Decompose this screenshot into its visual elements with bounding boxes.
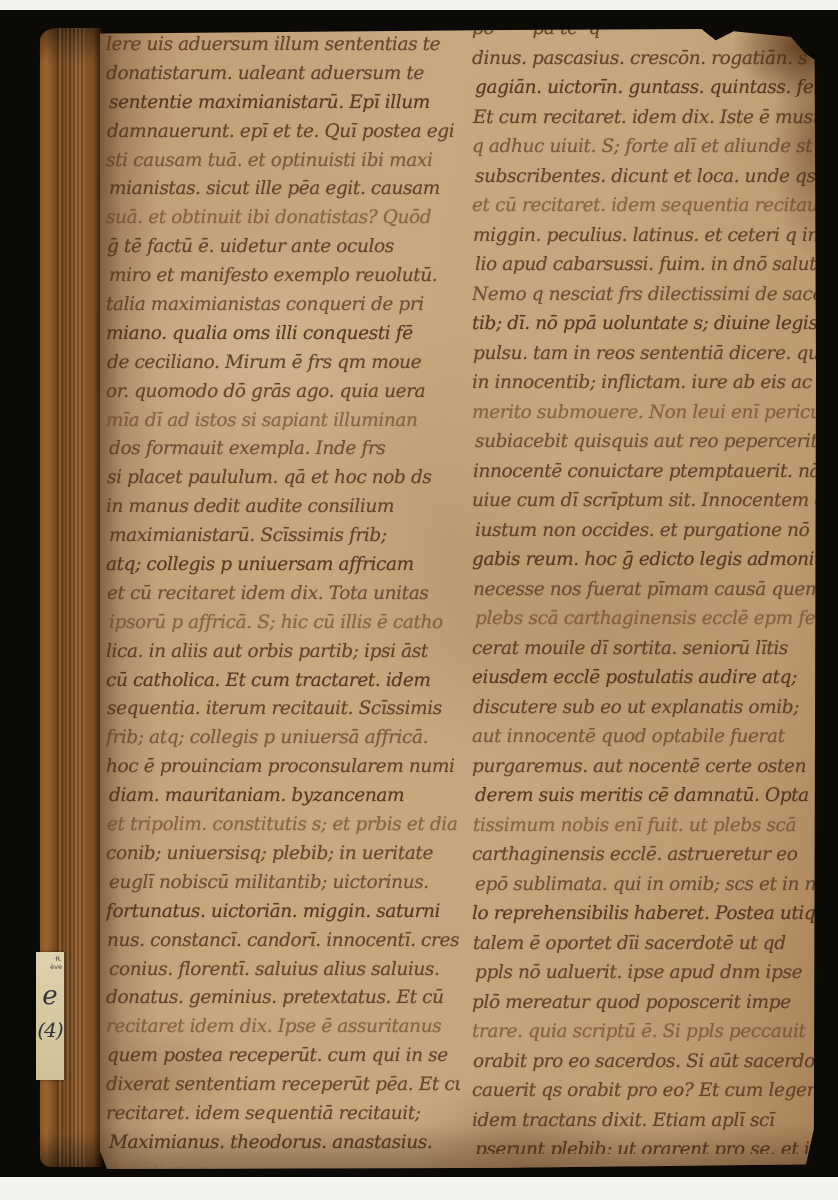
manuscript-line: ḡ tē factū ē. uidetur ante oculos [106,233,460,262]
manuscript-line: miro et manifesto exemplo reuolutū. [106,262,460,291]
manuscript-line: lio apud cabarsussi. fuim. in dnō salute… [472,250,816,280]
manuscript-line: lere uis aduersum illum sententias te [106,31,460,60]
manuscript-line: suā. et obtinuit ibi donatistas? Quōd [106,204,460,233]
manuscript-scan-photo: ·R.ève e(4) lere uis aduersum illum sent… [0,0,838,1200]
manuscript-line: damnauerunt. epī et te. Quī postea egi [106,118,460,147]
manuscript-line: nus. constancī. candorī. innocentī. cres [106,927,460,956]
manuscript-line: sententie maximianistarū. Epī illum [106,89,460,118]
shelfmark-printed-text: ·R.ève [36,952,64,971]
manuscript-line: cū catholica. Et cum tractaret. idem [106,667,460,696]
manuscript-line: miano. qualia oms illi conquesti fē [106,320,460,349]
manuscript-line: cauerit qs orabit pro eo? Et cum legeret [472,1076,816,1106]
manuscript-line: purgaremus. aut nocentē certe osten [472,752,816,782]
manuscript-line: talem ē oportet dīi sacerdotē ut qd [472,929,816,959]
manuscript-line: ·R. [36,955,64,963]
manuscript-line: e [36,979,64,1013]
manuscript-line: et tripolim. constitutis s; et prbis et … [106,811,460,840]
manuscript-line: innocentē conuictare ptemptauerit. nā [472,457,816,487]
manuscript-line: recitaret. idem sequentiā recitauit; [106,1100,460,1129]
manuscript-line: derem suis meritis cē damnatū. Opta [472,781,816,811]
manuscript-line: mianistas. sicut ille pēa egit. causam [106,175,460,204]
manuscript-line: in innocentib; inflictam. iure ab eis ac [472,368,816,398]
manuscript-line: atq; collegis p uniuersam affricam [106,551,460,580]
manuscript-line: plebs scā carthaginensis ecclē epm fe [472,604,816,634]
manuscript-line: Nemo q nesciat frs dilectissimi de sacer… [472,280,816,310]
manuscript-line: tib; dī. nō ppā uoluntate s; diuine legi… [472,309,816,339]
manuscript-line: plō mereatur quod poposcerit impe [472,988,816,1018]
manuscript-line: cerat mouile dī sortita. seniorū lītis [472,634,816,664]
manuscript-line: sti causam tuā. et optinuisti ibi maxi [106,147,460,176]
manuscript-line: pulsu. tam in reos sententiā dicere. qua… [472,339,816,369]
manuscript-line: discutere sub eo ut explanatis omib; [472,693,816,723]
text-column-right: po···· ··pa·te· q··· ·········dinus. pas… [472,29,816,1154]
manuscript-line: Et cum recitaret. idem dix. Iste ē musti… [472,103,816,133]
manuscript-line: pserunt plebib; ut orarent pro se. et ip… [472,1135,816,1154]
manuscript-line: mīa dī ad istos si sapiant illuminan [106,407,460,436]
manuscript-line: q adhuc uiuit. S; forte alī et aliunde s… [472,132,816,162]
manuscript-line: talia maximianistas conqueri de pri [106,291,460,320]
manuscript-line: sequentia. iterum recitauit. Scīssimis [106,695,460,724]
manuscript-line: donatistarum. ualeant aduersum te [106,60,460,89]
manuscript-line: diam. mauritaniam. byzancenam [106,782,460,811]
manuscript-line: et cū recitaret idem dix. Tota unitas [106,580,460,609]
manuscript-line: ipsorū p affricā. S; hic cū illis ē cath… [106,609,460,638]
manuscript-line: epō sublimata. qui in omib; scs et in nu… [472,870,816,900]
manuscript-line: dinus. pascasius. crescōn. rogatiān. s n… [472,44,816,74]
manuscript-line: fortunatus. uictoriān. miggin. saturni [106,898,460,927]
manuscript-line: dos formauit exempla. Inde frs [106,435,460,464]
manuscript-line: gabis reum. hoc ḡ edicto legis admoniti [472,545,816,575]
manuscript-line: subiacebit quisquis aut reo pepercerit a… [472,427,816,457]
manuscript-line: ppls nō ualuerit. ipse apud dnm ipse [472,958,816,988]
manuscript-line: lo reprehensibilis haberet. Postea utiq; [472,899,816,929]
manuscript-line: maximianistarū. Scīssimis frib; [106,522,460,551]
manuscript-line: aut innocentē quod optabile fuerat [472,722,816,752]
manuscript-line: dixerat sententiam receperūt pēa. Et cum [106,1071,460,1100]
manuscript-line: conib; uniuersisq; plebib; in ueritate [106,840,460,869]
text-column-left: lere uis aduersum illum sententias tedon… [106,29,460,1169]
manuscript-line: conius. florentī. saluius alius saluius. [106,956,460,985]
manuscript-line: Maximianus. theodorus. anastasius. [106,1129,460,1158]
shelfmark-handwritten-text: e(4) [36,979,64,1047]
manuscript-line: or. quomodo dō grās ago. quia uera [106,378,460,407]
manuscript-line: merito submouere. Non leui enī periculo [472,398,816,428]
shelfmark-label: ·R.ève e(4) [36,952,64,1080]
manuscript-line: tissimum nobis enī fuit. ut plebs scā [472,811,816,841]
manuscript-page: lere uis aduersum illum sententias tedon… [100,29,816,1169]
manuscript-line: iustum non occides. et purgatione nō pur [472,516,816,546]
manuscript-line: gagiān. uictorīn. guntass. quintass. fel… [472,73,816,103]
manuscript-line: donatus. geminius. pretextatus. Et cū [106,984,460,1013]
manuscript-line: recitaret idem dix. Ipse ē assuritanus [106,1013,460,1042]
manuscript-line: necesse nos fuerat pīmam causā quem [472,575,816,605]
manuscript-line: euglī nobiscū militantib; uictorinus. [106,869,460,898]
manuscript-line: frib; atq; collegis p uniuersā affricā. [106,724,460,753]
manuscript-line: subscribentes. dicunt et loca. unde qsq;… [472,162,816,192]
manuscript-line: hoc ē prouinciam proconsularem numi [106,753,460,782]
manuscript-line: trare. quia scriptū ē. Si ppls peccauit [472,1017,816,1047]
manuscript-line: orabit pro eo sacerdos. Si aūt sacerdos … [472,1047,816,1077]
manuscript-line: uiue cum dī scrīptum sit. Innocentem et [472,486,816,516]
manuscript-line: et cū recitaret. idem sequentia recitaui… [472,191,816,221]
manuscript-line: idem tractans dixit. Etiam aplī scī [472,1106,816,1136]
manuscript-line: donatianus ··· ····· ···· ······· [106,1158,460,1169]
manuscript-line: quem postea receperūt. cum qui in se [106,1042,460,1071]
manuscript-line: (4) [36,1013,64,1047]
manuscript-line: ève [36,963,64,971]
manuscript-line: eiusdem ecclē postulatis audire atq; [472,663,816,693]
manuscript-line: de ceciliano. Mirum ē frs qm moue [106,349,460,378]
manuscript-line: carthaginensis ecclē. astrueretur eo [472,840,816,870]
manuscript-line: lica. in aliis aut orbis partib; ipsi ās… [106,638,460,667]
manuscript-line: si placet paululum. qā et hoc nob ds [106,464,460,493]
manuscript-line: miggin. peculius. latinus. et ceteri q i… [472,221,816,251]
manuscript-line: in manus dedit audite consilium [106,493,460,522]
